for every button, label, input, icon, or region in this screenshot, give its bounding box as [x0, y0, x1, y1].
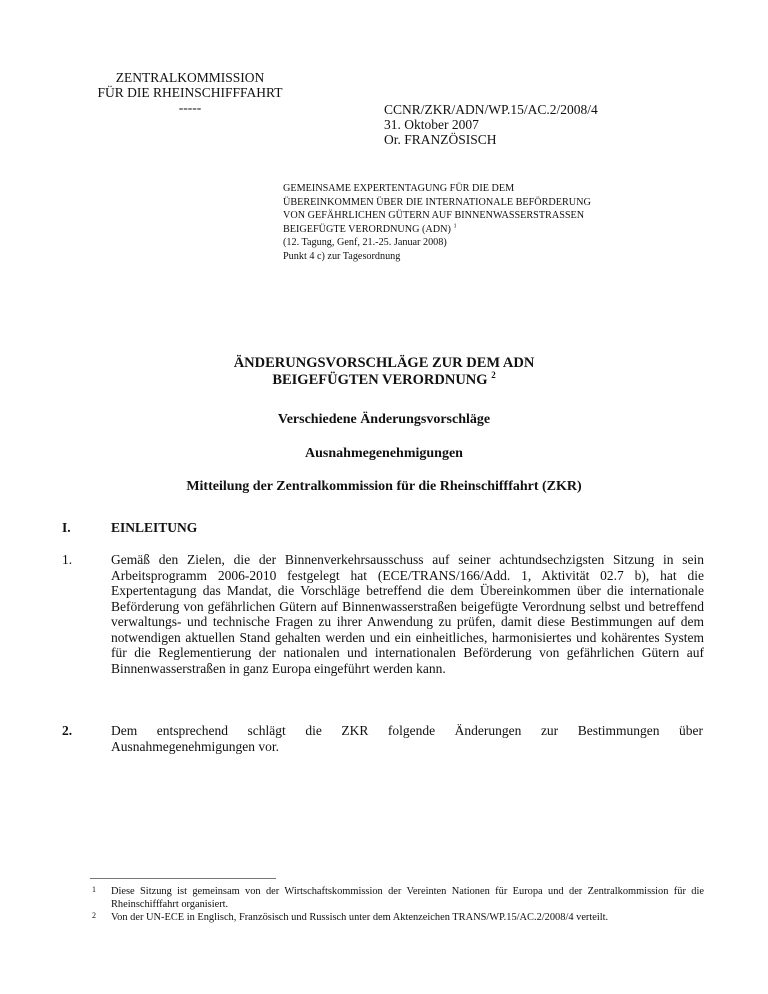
meeting-line-with-footnote: BEIGEFÜGTE VERORDNUNG (ADN) 1 [283, 223, 591, 237]
subtitle-various-proposals: Verschiedene Änderungsvorschläge [0, 412, 768, 429]
organization-separator: ----- [60, 100, 320, 115]
meeting-line: VON GEFÄHRLICHEN GÜTERN AUF BINNENWASSER… [283, 209, 591, 223]
footnote-text: Von der UN-ECE in Englisch, Französisch … [111, 911, 704, 924]
meeting-session: (12. Tagung, Genf, 21.-25. Januar 2008) [283, 236, 591, 250]
footnote-reference[interactable]: 2 [491, 370, 496, 380]
footnote-number: 2 [92, 910, 96, 922]
organization-name-line2: FÜR DIE RHEINSCHIFFFAHRT [60, 85, 320, 100]
original-language: Or. FRANZÖSISCH [384, 132, 598, 147]
document-date: 31. Oktober 2007 [384, 117, 598, 132]
title-line2: BEIGEFÜGTEN VERORDNUNG [272, 372, 487, 388]
title-line1: ÄNDERUNGSVORSCHLÄGE ZUR DEM ADN [0, 355, 768, 372]
footnote-reference[interactable]: 1 [453, 222, 456, 229]
subtitle-exemptions: Ausnahmegenehmigungen [0, 446, 768, 463]
organization-header: ZENTRALKOMMISSION FÜR DIE RHEINSCHIFFFAH… [60, 70, 320, 115]
paragraph-number: 1. [62, 552, 72, 568]
paragraph-text: Dem entsprechend schlägt die ZKR folgend… [111, 723, 703, 754]
paragraph-number: 2. [62, 723, 72, 739]
meeting-line: ÜBEREINKOMMEN ÜBER DIE INTERNATIONALE BE… [283, 196, 591, 210]
title-line2-wrap: BEIGEFÜGTEN VERORDNUNG 2 [0, 372, 768, 389]
meeting-line: GEMEINSAME EXPERTENTAGUNG FÜR DIE DEM [283, 182, 591, 196]
meeting-info: GEMEINSAME EXPERTENTAGUNG FÜR DIE DEM ÜB… [283, 182, 591, 264]
section-number: I. [62, 520, 71, 536]
document-reference: CCNR/ZKR/ADN/WP.15/AC.2/2008/4 31. Oktob… [384, 102, 598, 147]
document-symbol: CCNR/ZKR/ADN/WP.15/AC.2/2008/4 [384, 102, 598, 117]
organization-name-line1: ZENTRALKOMMISSION [60, 70, 320, 85]
footnote-number: 1 [92, 884, 96, 896]
agenda-item: Punkt 4 c) zur Tagesordnung [283, 250, 591, 264]
document-title: ÄNDERUNGSVORSCHLÄGE ZUR DEM ADN BEIGEFÜG… [0, 355, 768, 388]
footnote-divider [90, 878, 276, 879]
paragraph-text: Gemäß den Zielen, die der Binnenverkehrs… [111, 552, 704, 676]
footnote-text: Diese Sitzung ist gemeinsam von der Wirt… [111, 885, 704, 911]
meeting-line: BEIGEFÜGTE VERORDNUNG (ADN) [283, 224, 451, 235]
section-heading: EINLEITUNG [111, 520, 197, 536]
subtitle-communication: Mitteilung der Zentralkommission für die… [0, 479, 768, 496]
